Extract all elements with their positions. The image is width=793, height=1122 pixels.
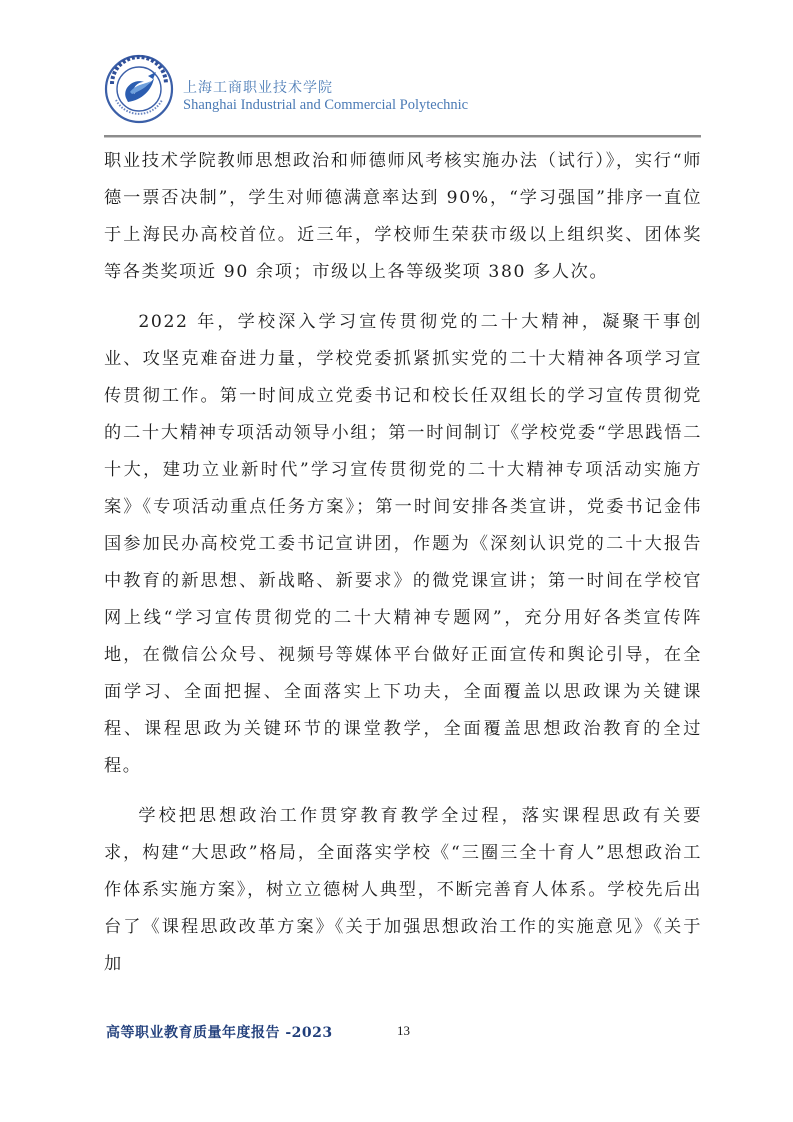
paragraph-2: 2022 年，学校深入学习宣传贯彻党的二十大精神，凝聚干事创业、攻坚克难奋进力量… (104, 304, 702, 785)
body-content: 职业技术学院教师思想政治和师德师风考核实施办法（试行）》，实行“师德一票否决制”… (104, 143, 702, 983)
header-divider (104, 135, 701, 138)
school-emblem-icon (104, 54, 174, 124)
paragraph-1: 职业技术学院教师思想政治和师德师风考核实施办法（试行）》，实行“师德一票否决制”… (104, 143, 702, 291)
paragraph-3: 学校把思想政治工作贯穿教育教学全过程，落实课程思政有关要求，构建“大思政”格局，… (104, 798, 702, 983)
page-number: 13 (397, 1023, 410, 1039)
document-page: 上海工商职业技术学院 Shanghai Industrial and Comme… (0, 0, 793, 1122)
school-name-english: Shanghai Industrial and Commercial Polyt… (183, 97, 468, 114)
school-name-chinese: 上海工商职业技术学院 (183, 77, 333, 97)
report-title: 高等职业教育质量年度报告 -2023 (106, 1022, 333, 1042)
page-header: 上海工商职业技术学院 Shanghai Industrial and Comme… (104, 54, 702, 128)
